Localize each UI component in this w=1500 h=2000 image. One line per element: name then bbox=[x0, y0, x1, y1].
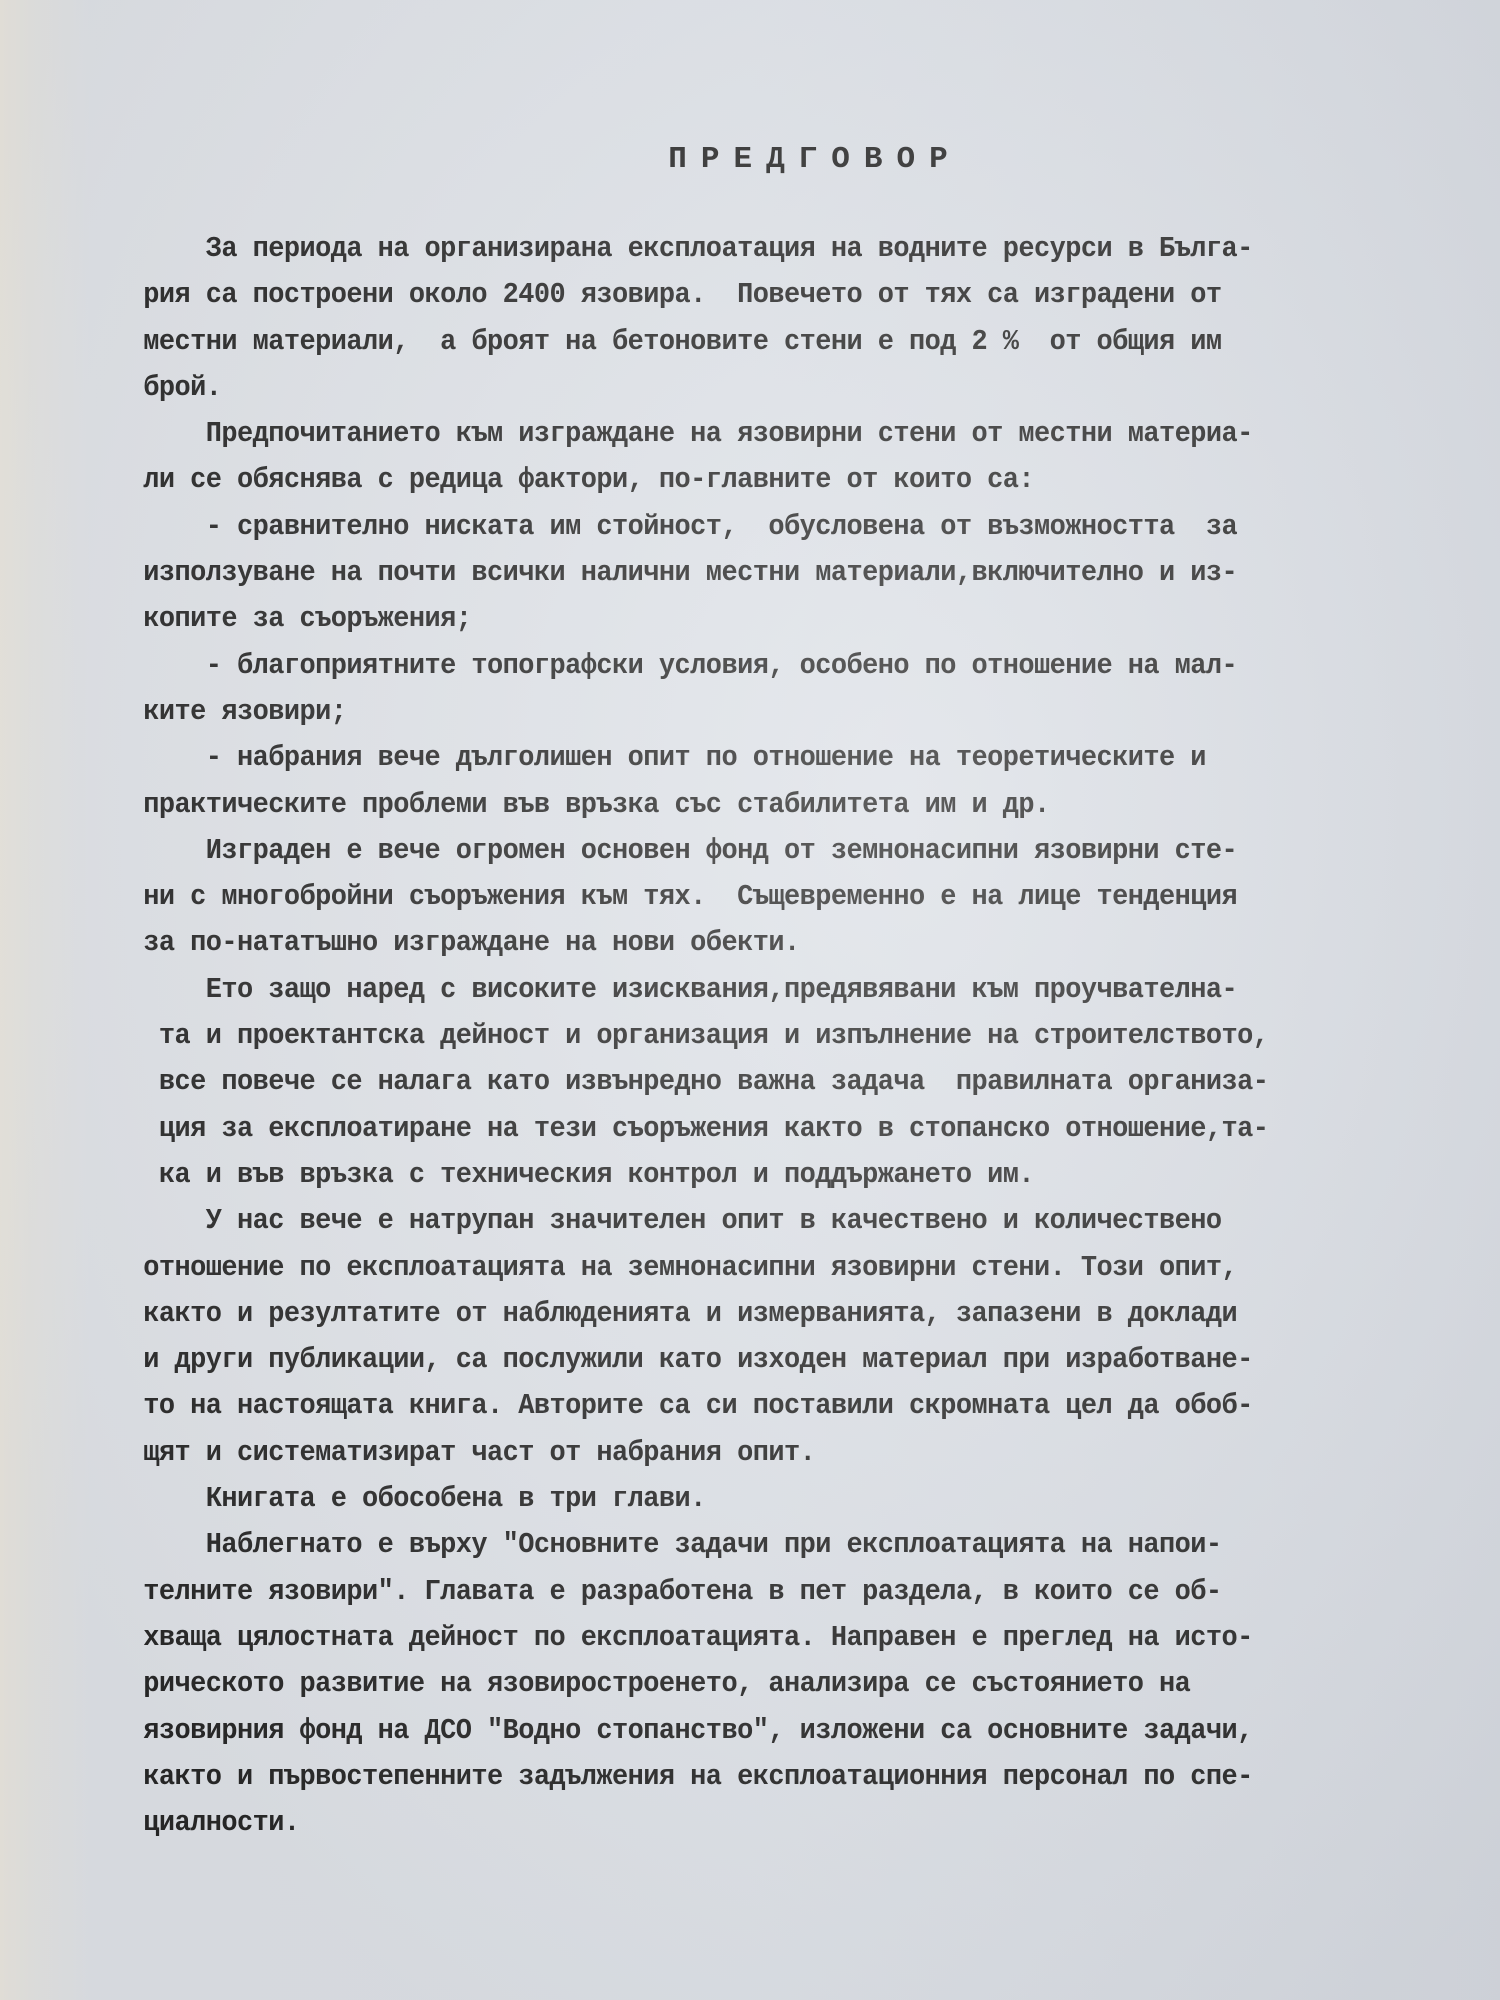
text-line: - набрания вече дълголишен опит по отнош… bbox=[112, 735, 1321, 781]
text-line: брой. bbox=[112, 365, 1321, 411]
body-text: За периода на организирана експлоатация … bbox=[112, 226, 1321, 1846]
text-line: циалности. bbox=[112, 1800, 1321, 1846]
text-line: та и проектантска дейност и организация … bbox=[112, 1013, 1321, 1059]
text-line: копите за съоръжения; bbox=[112, 596, 1321, 642]
page-title: ПРЕДГОВОР bbox=[0, 142, 1500, 177]
text-line: ките язовири; bbox=[112, 689, 1321, 735]
text-line: телните язовири". Главата е разработена … bbox=[112, 1569, 1321, 1615]
text-line: рическото развитие на язовиростроенето, … bbox=[112, 1661, 1321, 1707]
text-line: и други публикации, са послужили като из… bbox=[112, 1337, 1321, 1383]
text-line: както и резултатите от наблюденията и из… bbox=[112, 1291, 1321, 1337]
text-line: както и първостепенните задължения на ек… bbox=[112, 1754, 1321, 1800]
text-line: Предпочитанието към изграждане на язовир… bbox=[112, 411, 1321, 457]
text-line: За периода на организирана експлоатация … bbox=[112, 226, 1321, 272]
text-line: ли се обяснява с редица фактори, по-глав… bbox=[112, 457, 1321, 503]
text-line: отношение по експлоатацията на земнонаси… bbox=[112, 1245, 1321, 1291]
text-line: Изграден е вече огромен основен фонд от … bbox=[112, 828, 1321, 874]
text-line: язовирния фонд на ДСО "Водно стопанство"… bbox=[112, 1708, 1321, 1754]
text-line: хваща цялостната дейност по експлоатация… bbox=[112, 1615, 1321, 1661]
text-line: за по-нататъшно изграждане на нови обект… bbox=[112, 920, 1321, 966]
text-line: местни материали, а броят на бетоновите … bbox=[112, 319, 1321, 365]
text-line: то на настоящата книга. Авторите са си п… bbox=[112, 1383, 1321, 1429]
text-line: все повече се налага като извънредно важ… bbox=[112, 1059, 1321, 1105]
text-line: ция за експлоатиране на тези съоръжения … bbox=[112, 1106, 1321, 1152]
text-line: щят и систематизират част от набрания оп… bbox=[112, 1430, 1321, 1476]
scanned-page: ПРЕДГОВОР За периода на организирана екс… bbox=[0, 0, 1500, 2000]
text-line: ни с многобройни съоръжения към тях. Същ… bbox=[112, 874, 1321, 920]
text-line: - сравнително ниската им стойност, обусл… bbox=[112, 504, 1321, 550]
text-line: - благоприятните топографски условия, ос… bbox=[112, 643, 1321, 689]
text-line: Наблегнато е върху "Основните задачи при… bbox=[112, 1522, 1321, 1568]
text-line: рия са построени около 2400 язовира. Пов… bbox=[112, 272, 1321, 318]
text-line: Книгата е обособена в три глави. bbox=[112, 1476, 1321, 1522]
text-line: Ето защо наред с високите изисквания,пре… bbox=[112, 967, 1321, 1013]
text-line: практическите проблеми във връзка със ст… bbox=[112, 782, 1321, 828]
text-line: използуване на почти всички налични мест… bbox=[112, 550, 1321, 596]
text-line: У нас вече е натрупан значителен опит в … bbox=[112, 1198, 1321, 1244]
text-line: ка и във връзка с техническия контрол и … bbox=[112, 1152, 1321, 1198]
